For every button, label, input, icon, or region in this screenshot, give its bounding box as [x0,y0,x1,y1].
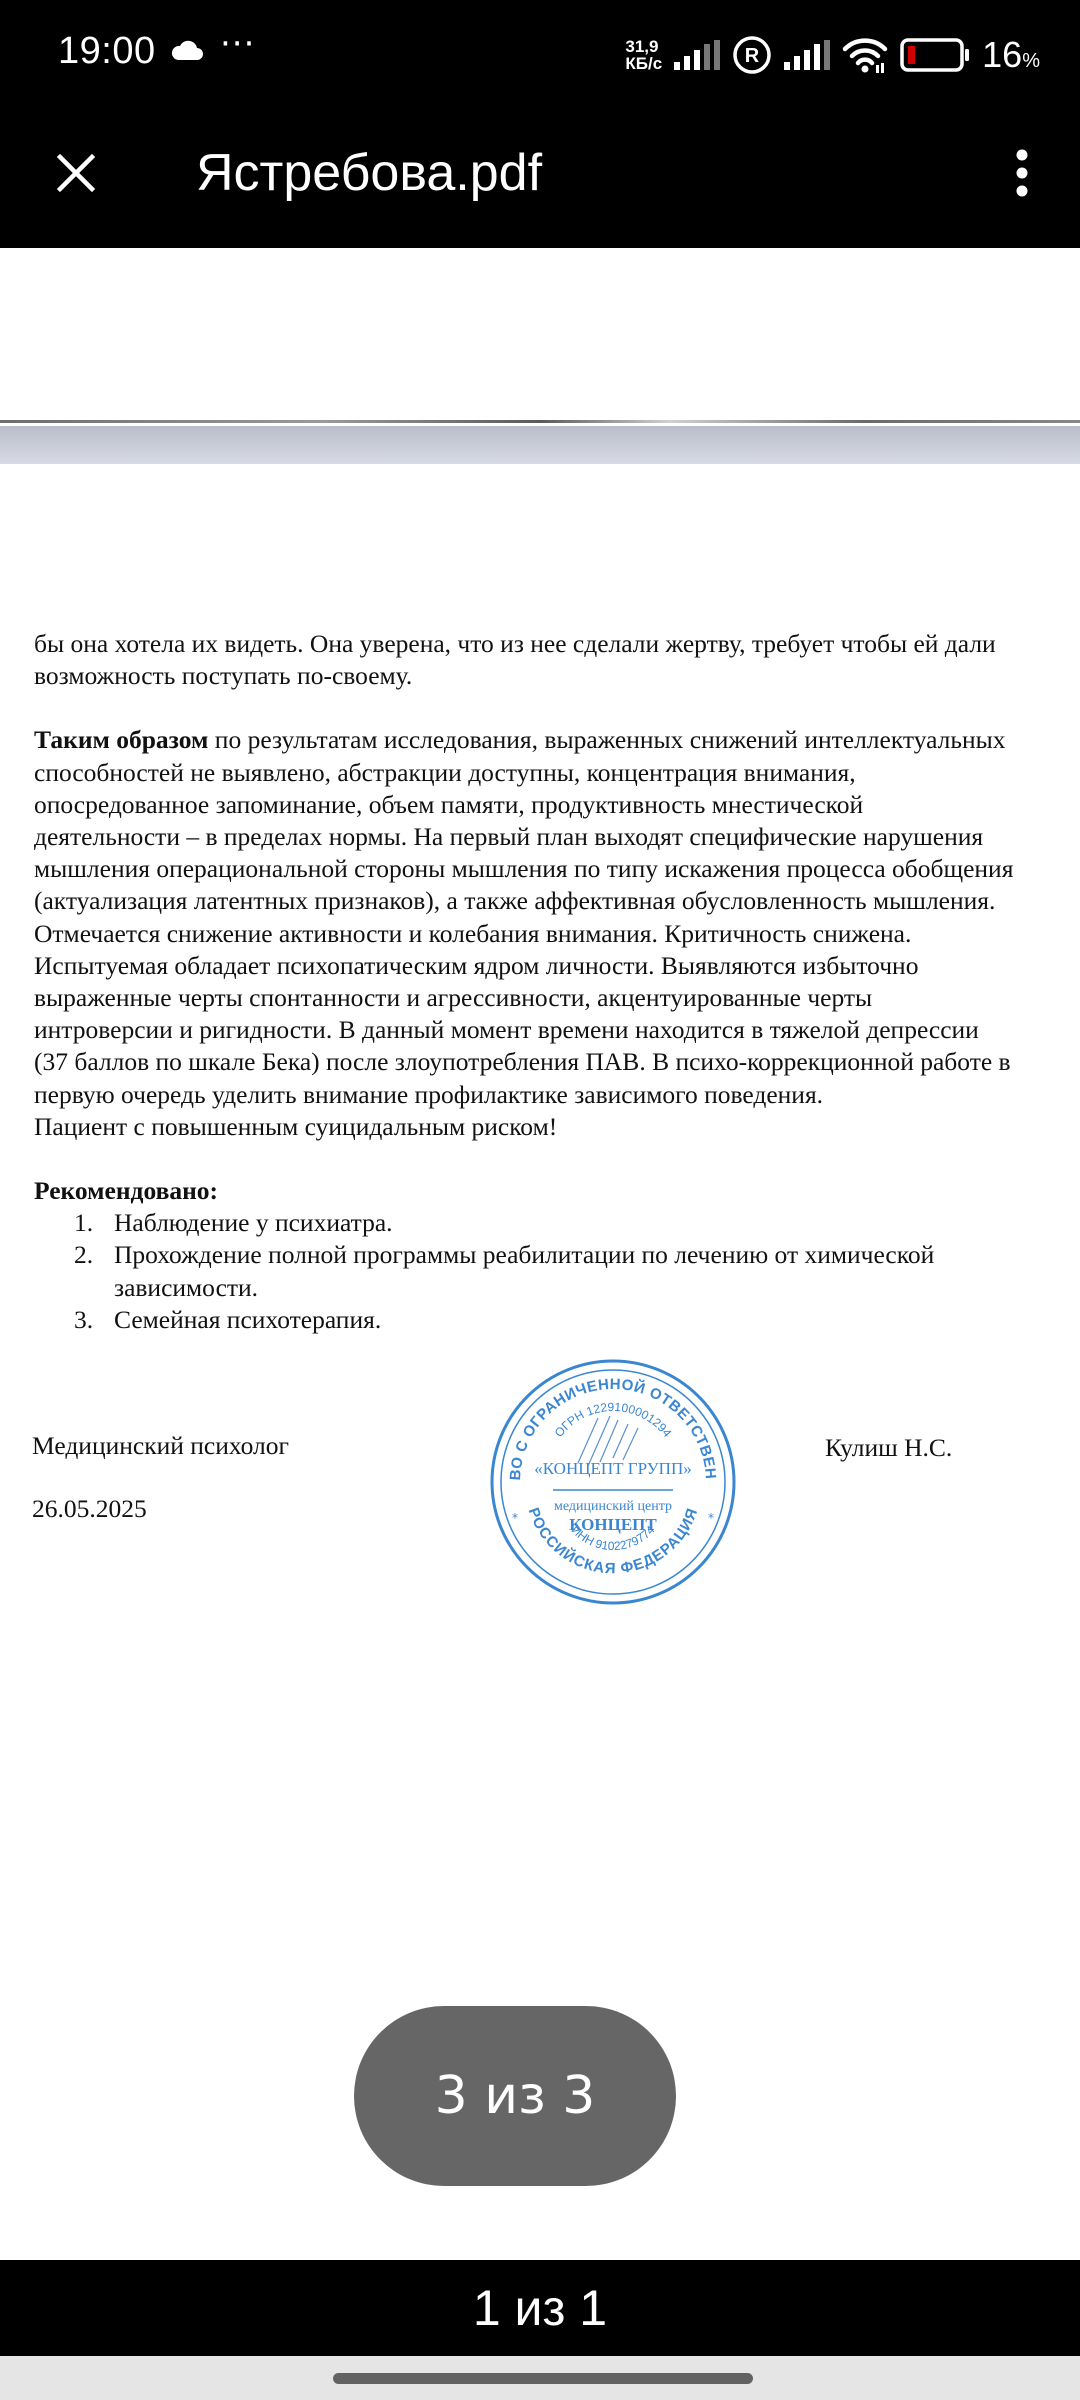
text-line: первую очередь уделить внимание профилак… [34,1079,1080,1111]
home-gesture-handle[interactable] [333,2373,753,2384]
navigation-bar [0,2356,1080,2400]
text-line: Пациент с повышенным суицидальным риском… [34,1111,1080,1143]
status-bar: 19:00 ··· 31,9 КБ/с R [0,0,1080,105]
text-line: способностей не выявлено, абстракции дос… [34,757,1080,789]
network-speed: 31,9 КБ/с [625,38,662,72]
svg-text:«КОНЦЕПТ ГРУПП»: «КОНЦЕПТ ГРУПП» [534,1459,692,1478]
page-counter-badge: 3 из 3 [354,2006,676,2186]
text-line: (актуализация латентных признаков), а та… [34,885,1080,917]
recommendations-heading: Рекомендовано: [34,1175,1080,1207]
text-line: Таким образом по результатам исследовани… [34,724,1080,756]
battery-icon [900,38,970,72]
more-options-button[interactable] [990,141,1054,205]
previous-page-bottom [0,248,1080,420]
text-line: бы она хотела их видеть. Она уверена, чт… [34,628,1080,660]
roaming-icon: R [732,35,772,75]
document-title: Ястребова.pdf [196,141,542,205]
conclusion-heading: Таким образом [34,725,208,754]
item-text: зависимости. [114,1273,258,1302]
more-notifications-icon: ··· [220,24,255,64]
cloud-icon [170,38,204,62]
text-line: деятельности – в пределах нормы. На перв… [34,821,1080,853]
text-line: (37 баллов по шкале Бека) после злоупотр… [34,1046,1080,1078]
item-number: 3. [74,1304,93,1336]
status-icons: 31,9 КБ/с R [625,30,1040,80]
wifi-icon [842,37,888,73]
battery-percent: 16% [982,34,1040,76]
signature-name: Кулиш Н.С. [825,1433,952,1463]
more-vert-icon [1015,149,1029,197]
page-gap [0,426,1080,464]
company-stamp: ОБЩЕСТВО С ОГРАНИЧЕННОЙ ОТВЕТСТВЕННОСТЬЮ… [488,1358,738,1606]
item-text: Прохождение полной программы реабилитаци… [114,1240,934,1269]
pdf-page[interactable]: бы она хотела их видеть. Она уверена, чт… [0,464,1080,2259]
svg-text:R: R [745,45,760,67]
svg-text:*: * [708,1511,714,1525]
signal-sim2-icon [784,40,830,70]
bottom-bar: 1 из 1 [0,2260,1080,2356]
recommendation-item-continuation: зависимости. [34,1272,1080,1304]
item-text: Семейная психотерапия. [114,1305,381,1334]
text-line: интроверсии и ригидности. В данный момен… [34,1014,1080,1046]
network-speed-unit: КБ/с [625,55,662,72]
svg-text:*: * [512,1511,518,1525]
text-line: выраженные черты спонтанности и агрессив… [34,982,1080,1014]
item-number: 2. [74,1239,93,1271]
recommendations-list: 1.Наблюдение у психиатра. 2.Прохождение … [34,1207,1080,1336]
signature-title: Медицинский психолог [32,1431,289,1461]
text-line: Отмечается снижение активности и колебан… [34,918,1080,950]
app-bar: Ястребова.pdf [0,105,1080,248]
close-button[interactable] [44,141,108,205]
recommendation-item: 2.Прохождение полной программы реабилита… [34,1239,1080,1271]
document-body: бы она хотела их видеть. Она уверена, чт… [34,628,1080,1336]
item-text: Наблюдение у психиатра. [114,1208,393,1237]
svg-text:медицинский центр: медицинский центр [554,1499,672,1514]
signal-sim1-icon [674,40,720,70]
text-line: Испытуемая обладает психопатическим ядро… [34,950,1080,982]
recommendation-item: 3.Семейная психотерапия. [34,1304,1080,1336]
close-icon [56,153,96,193]
text-line: возможность поступать по-своему. [34,660,1080,692]
svg-text:ОГРН 1229100001294: ОГРН 1229100001294 [552,1400,675,1440]
clock: 19:00 [58,30,156,73]
text-line: опосредованное запоминание, объем памяти… [34,789,1080,821]
recommendation-item: 1.Наблюдение у психиатра. [34,1207,1080,1239]
item-number: 1. [74,1207,93,1239]
document-count-label: 1 из 1 [473,2279,607,2337]
svg-text:КОНЦЕПТ: КОНЦЕПТ [569,1515,657,1534]
network-speed-value: 31,9 [625,38,662,55]
page-edge-divider [0,420,1080,423]
text-span: по результатам исследования, выраженных … [208,725,1005,754]
text-line: мышления операциональной стороны мышлени… [34,853,1080,885]
signature-date: 26.05.2025 [32,1494,147,1524]
